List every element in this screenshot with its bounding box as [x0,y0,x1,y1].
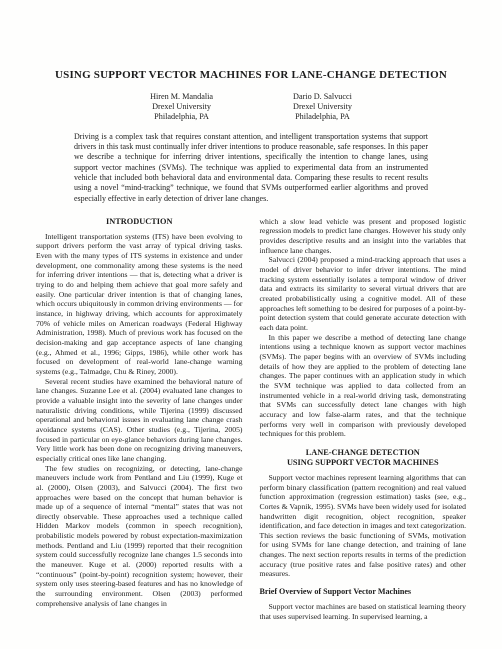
lane-change-detection-heading: LANE-CHANGE DETECTION USING SUPPORT VECT… [260,448,467,468]
author-block: Hiren M. Mandalia Drexel University Phil… [150,92,213,122]
author-affiliation: Drexel University [293,102,352,112]
introduction-paragraph-3-continued: which a slow lead vehicle was present an… [260,217,467,256]
introduction-heading: INTRODUCTION [36,217,243,227]
body-columns: INTRODUCTION Intelligent transportation … [36,217,466,622]
paper-page: USING SUPPORT VECTOR MACHINES FOR LANE-C… [0,0,502,649]
author-location: Philadelphia, PA [150,112,213,122]
author-name: Hiren M. Mandalia [150,92,213,102]
author-location: Philadelphia, PA [293,112,352,122]
introduction-paragraph-2: Several recent studies have examined the… [36,377,243,464]
right-column: which a slow lead vehicle was present an… [260,217,467,622]
author-block: Dario D. Salvucci Drexel University Phil… [293,92,352,122]
lane-change-detection-heading-line-2: USING SUPPORT VECTOR MACHINES [260,458,467,468]
author-name: Dario D. Salvucci [293,92,352,102]
lane-change-detection-heading-line-1: LANE-CHANGE DETECTION [260,448,467,458]
introduction-paragraph-4: Salvucci (2004) proposed a mind-tracking… [260,255,467,332]
paper-title: USING SUPPORT VECTOR MACHINES FOR LANE-C… [36,69,466,81]
svm-overview-paragraph-1: Support vector machines are based on sta… [260,602,467,621]
introduction-paragraph-3: The few studies on recognizing, or detec… [36,464,243,609]
author-list: Hiren M. Mandalia Drexel University Phil… [36,92,466,122]
svm-section-paragraph-1: Support vector machines represent learni… [260,473,467,579]
svm-overview-subheading: Brief Overview of Support Vector Machine… [260,587,467,597]
author-affiliation: Drexel University [150,102,213,112]
introduction-paragraph-5: In this paper we describe a method of de… [260,333,467,439]
left-column: INTRODUCTION Intelligent transportation … [36,217,243,622]
introduction-paragraph-1: Intelligent transportation systems (ITS)… [36,232,243,377]
abstract-text: Driving is a complex task that requires … [74,132,428,204]
